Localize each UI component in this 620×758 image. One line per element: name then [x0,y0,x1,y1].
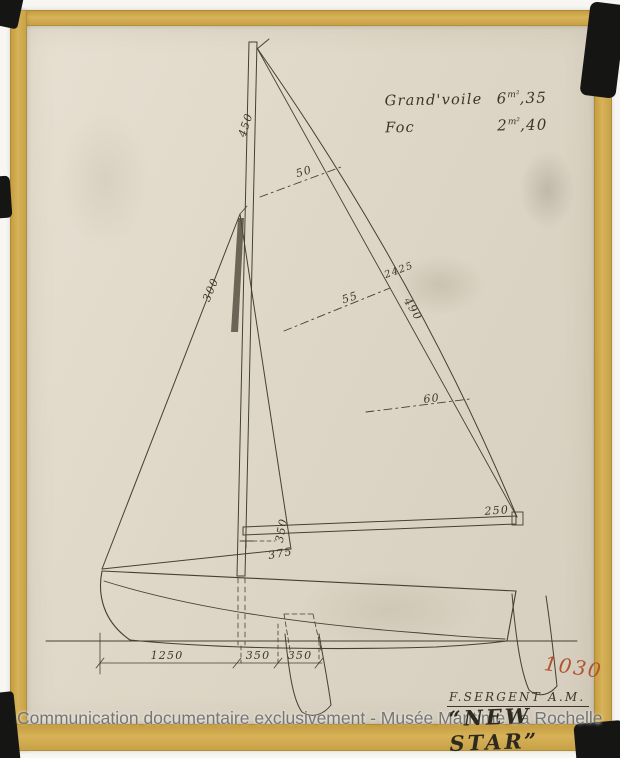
transom [507,591,516,641]
label-jib-luff: 300 [200,276,222,304]
label-girth-lower: 60 [423,391,441,406]
mainsail-area: 6m²,35 [497,89,548,108]
archival-scan: 450 50 2425 55 490 60 300 350 375 250 12… [0,0,620,758]
label-mast-height: 450 [235,111,255,139]
chine-line [104,581,505,639]
boat-name: “NEW STAR” [448,700,620,756]
jib-leech [240,214,291,549]
tack-datum-cross [240,535,253,548]
label-girth-upper: 50 [294,163,313,180]
label-jib-foot: 375 [267,545,293,562]
mainsail-label: Grand'voile [385,91,497,109]
sail-area-table: Grand'voile 6m²,35 Foc 2m²,40 [385,89,548,146]
centerboard-blade [285,634,331,715]
jib-foot [102,549,291,569]
label-bow-to-mast: 1250 [151,649,184,662]
label-mast-to-centerboard: 350 [246,649,271,662]
label-leech-upper: 2425 [382,260,415,281]
jib-luff [102,214,240,569]
girth-line-middle [284,288,390,331]
girth-line-lower [366,399,470,412]
label-girth-middle: 55 [340,289,360,306]
sail-area-row-mainsail: Grand'voile 6m²,35 [385,89,548,119]
label-boom-outhaul: 250 [483,503,509,518]
masthead-fitting [257,39,269,49]
jib-head-attachment [240,206,247,214]
sheer-line [102,571,516,591]
jib-label: Foc [385,118,497,136]
jib-area: 2m²,40 [497,116,548,135]
label-jib-leech: 350 [273,517,290,544]
boom-end-fitting [512,512,523,525]
label-centerboard-slot: 350 [288,649,313,662]
jib-halyard-detail [231,218,244,332]
sail-area-row-jib: Foc 2m²,40 [385,116,548,146]
rudder-blade [512,594,557,695]
label-leech-lower: 490 [400,294,425,323]
